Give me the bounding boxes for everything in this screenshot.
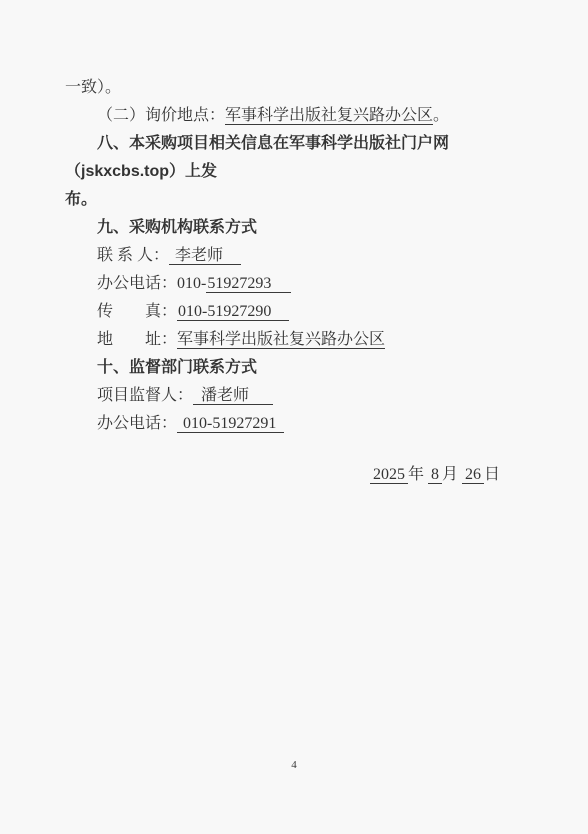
field-contact-person-label: 联 系 人： bbox=[97, 247, 169, 264]
inquiry-location-line: （二）询价地点：军事科学出版社复兴路办公区。 bbox=[65, 102, 523, 130]
section9-heading: 九、采购机构联系方式 bbox=[65, 214, 523, 242]
field-project-supervisor-label: 项目监督人： bbox=[97, 387, 193, 404]
field-office-phone-value: 51927293 bbox=[206, 275, 291, 293]
inquiry-location-suffix: 。 bbox=[433, 107, 449, 124]
field-address: 地 址：军事科学出版社复兴路办公区 bbox=[65, 326, 523, 354]
date-year-label: 年 bbox=[408, 466, 424, 483]
inquiry-location-label: （二）询价地点： bbox=[97, 107, 225, 124]
document-page: 一致）。 （二）询价地点：军事科学出版社复兴路办公区。 八、本采购项目相关信息在… bbox=[0, 0, 588, 834]
continuation-line: 一致）。 bbox=[65, 74, 523, 102]
field-fax-label: 传 真： bbox=[97, 303, 177, 320]
field-address-value: 军事科学出版社复兴路办公区 bbox=[177, 331, 385, 349]
field-office-phone: 办公电话：010-51927293 bbox=[65, 270, 523, 298]
document-date: 2025年 8月 26日 bbox=[65, 461, 523, 489]
date-day-label: 日 bbox=[484, 466, 500, 483]
field-supervisor-phone-value: 010-51927291 bbox=[177, 415, 284, 433]
inquiry-location-value: 军事科学出版社复兴路办公区 bbox=[225, 107, 433, 125]
section10-heading: 十、监督部门联系方式 bbox=[65, 354, 523, 382]
date-month: 8 bbox=[428, 466, 442, 484]
date-month-label: 月 bbox=[442, 466, 458, 483]
field-fax: 传 真：010-51927290 bbox=[65, 298, 523, 326]
field-project-supervisor-value: 潘老师 bbox=[193, 387, 273, 405]
field-office-phone-prefix: 010- bbox=[177, 275, 206, 292]
item8-line2: 布。 bbox=[65, 191, 97, 208]
date-day: 26 bbox=[462, 466, 484, 484]
field-supervisor-phone-label: 办公电话： bbox=[97, 415, 177, 432]
item8-paragraph: 八、本采购项目相关信息在军事科学出版社门户网（jskxcbs.top）上发布。 bbox=[65, 130, 523, 214]
field-address-label: 地 址： bbox=[97, 331, 177, 348]
field-contact-person: 联 系 人：李老师 bbox=[65, 242, 523, 270]
field-project-supervisor: 项目监督人：潘老师 bbox=[65, 382, 523, 410]
field-office-phone-label: 办公电话： bbox=[97, 275, 177, 292]
page-number: 4 bbox=[0, 758, 588, 772]
field-contact-person-value: 李老师 bbox=[169, 247, 241, 265]
item8-line1: 八、本采购项目相关信息在军事科学出版社门户网（jskxcbs.top）上发 bbox=[65, 135, 449, 180]
field-fax-value: 010-51927290 bbox=[177, 303, 289, 321]
date-year: 2025 bbox=[370, 466, 408, 484]
field-supervisor-phone: 办公电话：010-51927291 bbox=[65, 410, 523, 438]
